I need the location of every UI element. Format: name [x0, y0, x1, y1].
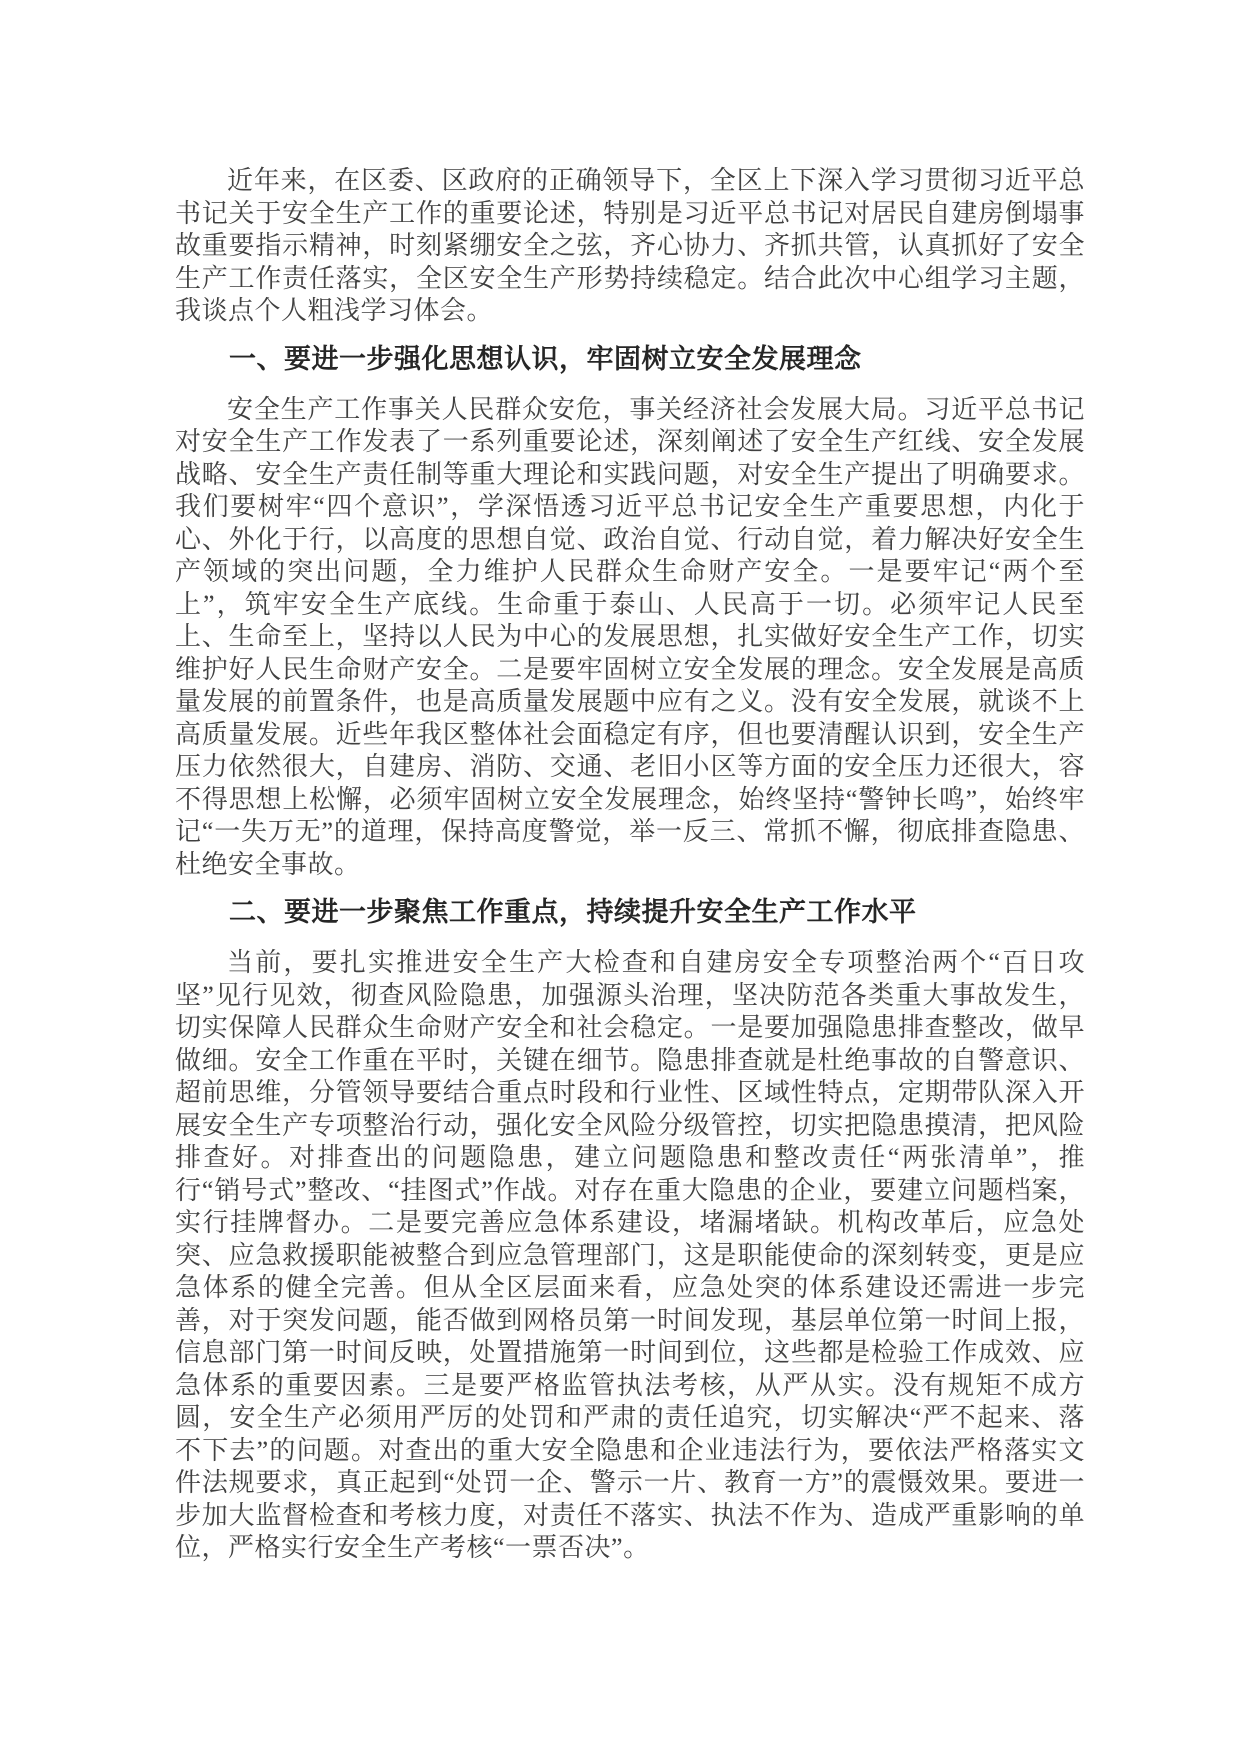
section-two-paragraph: 当前，要扎实推进安全生产大检查和自建房安全专项整治两个“百日攻坚”见行见效，彻查… — [175, 947, 1085, 1565]
section-one-paragraph: 安全生产工作事关人民群众安危，事关经济社会发展大局。习近平总书记对安全生产工作发… — [175, 394, 1085, 882]
document-content: 近年来，在区委、区政府的正确领导下，全区上下深入学习贯彻习近平总书记关于安全生产… — [175, 165, 1085, 1565]
opening-paragraph: 近年来，在区委、区政府的正确领导下，全区上下深入学习贯彻习近平总书记关于安全生产… — [175, 165, 1085, 328]
document-page: 近年来，在区委、区政府的正确领导下，全区上下深入学习贯彻习近平总书记关于安全生产… — [0, 0, 1240, 1754]
section-heading-one: 一、要进一步强化思想认识，牢固树立安全发展理念 — [175, 342, 1085, 376]
section-heading-two: 二、要进一步聚焦工作重点，持续提升安全生产工作水平 — [175, 895, 1085, 929]
